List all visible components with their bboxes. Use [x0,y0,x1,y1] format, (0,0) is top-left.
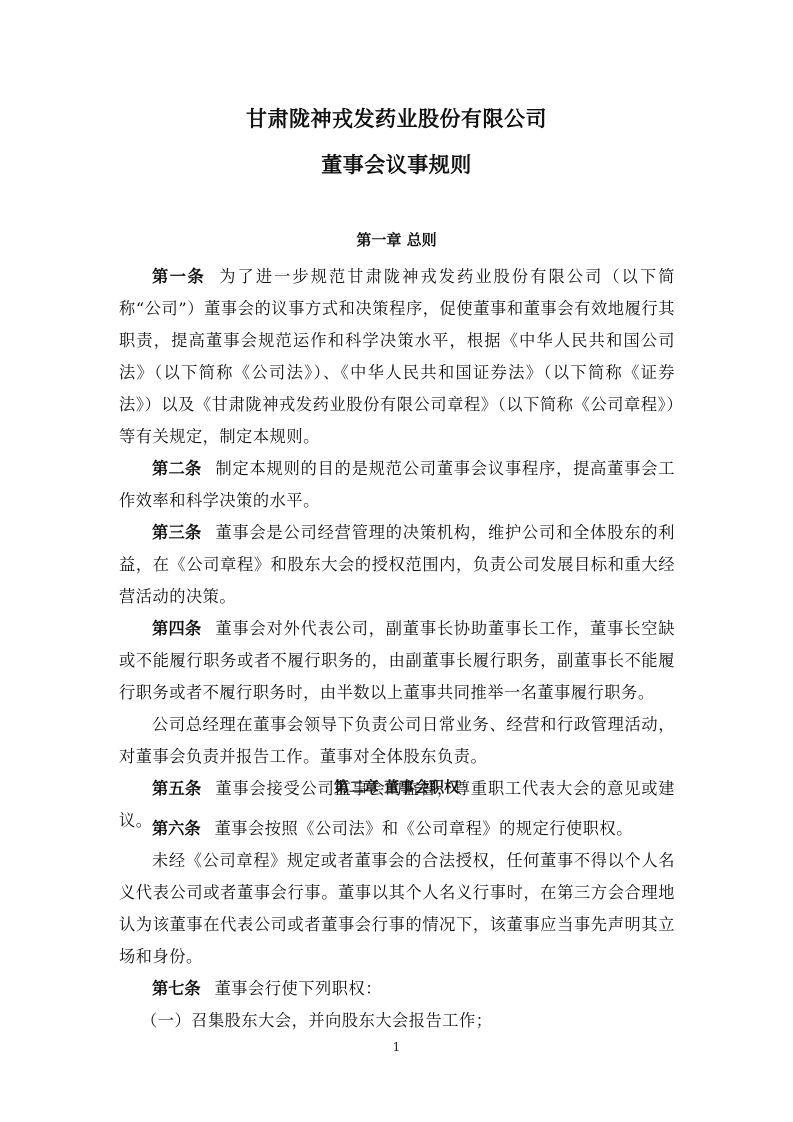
article-text: 为了进一步规范甘肃陇神戎发药业股份有限公司（以下简称“公司”）董事会的议事方式和… [119,267,675,446]
article-text: 董事会对外代表公司，副董事长协助董事长工作，董事长空缺或不能履行职务或者不履行职… [119,619,675,702]
list-item-text: （一）召集股东大会，并向股东大会报告工作； [141,1011,493,1030]
chapter-heading-1: 第一章 总则 [0,229,793,250]
chapter-heading-2: 第二章 董事会职权 [0,776,793,797]
document-title-rules: 董事会议事规则 [0,149,793,179]
article-7-item-1: （一）召集股东大会，并向股东大会报告工作； [119,1005,675,1037]
article-4-paragraph-2: 公司总经理在董事会领导下负责公司日常业务、经营和行政管理活动，对董事会负责并报告… [119,709,675,773]
article-6-paragraph-2: 未经《公司章程》规定或者董事会的合法授权，任何董事不得以个人名义代表公司或者董事… [119,845,675,973]
article-2: 第二条制定本规则的目的是规范公司董事会议事程序，提高董事会工作效率和科学决策的水… [119,453,675,517]
chapter-2-body: 第六条董事会按照《公司法》和《公司章程》的规定行使职权。 未经《公司章程》规定或… [119,813,675,1037]
article-text: 董事会按照《公司法》和《公司章程》的规定行使职权。 [215,819,633,838]
article-text: 公司总经理在董事会领导下负责公司日常业务、经营和行政管理活动，对董事会负责并报告… [119,715,675,766]
chapter-1-body: 第一条为了进一步规范甘肃陇神戎发药业股份有限公司（以下简称“公司”）董事会的议事… [119,261,675,837]
page-number: 1 [0,1040,793,1054]
article-text: 未经《公司章程》规定或者董事会的合法授权，任何董事不得以个人名义代表公司或者董事… [119,851,675,966]
article-4: 第四条董事会对外代表公司，副董事长协助董事长工作，董事长空缺或不能履行职务或者不… [119,613,675,709]
article-1: 第一条为了进一步规范甘肃陇神戎发药业股份有限公司（以下简称“公司”）董事会的议事… [119,261,675,453]
article-7: 第七条董事会行使下列职权： [119,973,675,1005]
article-6: 第六条董事会按照《公司法》和《公司章程》的规定行使职权。 [119,813,675,845]
article-text: 董事会行使下列职权： [215,979,382,998]
article-text: 制定本规则的目的是规范公司董事会议事程序，提高董事会工作效率和科学决策的水平。 [119,459,675,510]
article-label: 第七条 [152,979,201,998]
document-title-company: 甘肃陇神戎发药业股份有限公司 [0,103,793,133]
article-label: 第四条 [152,619,201,638]
article-3: 第三条董事会是公司经营管理的决策机构，维护公司和全体股东的利益，在《公司章程》和… [119,517,675,613]
article-label: 第三条 [152,523,201,542]
article-label: 第六条 [152,819,201,838]
document-page: 甘肃陇神戎发药业股份有限公司 董事会议事规则 第一章 总则 第一条为了进一步规范… [0,0,793,1122]
article-text: 董事会是公司经营管理的决策机构，维护公司和全体股东的利益，在《公司章程》和股东大… [119,523,675,606]
article-label: 第二条 [152,459,201,478]
article-label: 第一条 [152,267,205,286]
